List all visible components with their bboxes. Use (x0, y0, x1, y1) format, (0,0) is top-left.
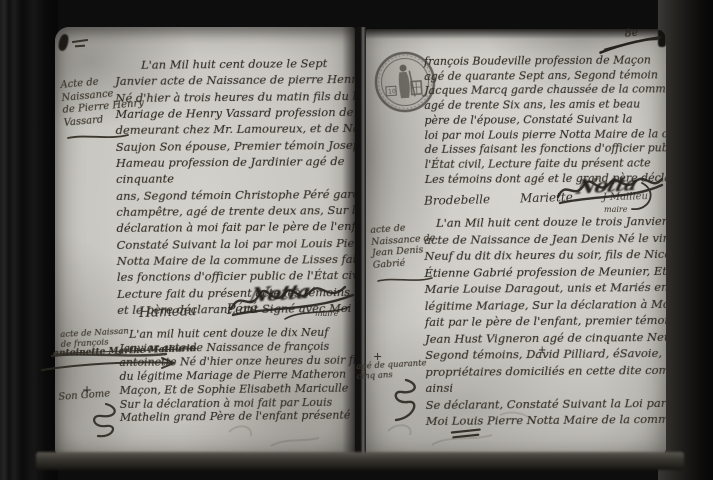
insertion-plus-mark: + (538, 345, 546, 356)
pen-dash-mark (75, 45, 85, 48)
mayor-title-note: maire (315, 309, 338, 318)
mayor-signature-notta: Notta (247, 279, 312, 307)
margin-note-act-vassard: Acte de Naissance de Pierre Henry Vassar… (60, 73, 146, 130)
film-edge-stripes (0, 0, 58, 480)
ink-blot (57, 33, 70, 52)
margin-underline-flourish (66, 132, 130, 142)
signature-brodebelle: Brodebelle (424, 192, 490, 208)
pen-dash-mark (72, 39, 88, 43)
paraph-scrawl (86, 402, 128, 440)
mayor-signature-notta: Notta (574, 171, 639, 199)
act-gabrie-body: L'an Mil huit cent douze le trois Janvie… (424, 212, 666, 429)
right-margin-shade (658, 0, 713, 480)
arrow-flourish (40, 356, 180, 374)
act-continuation-body: françois Boudeville profession de Maçon … (424, 53, 666, 187)
ghost-ink-marks (223, 412, 333, 457)
scanned-register-photo: L'an Mil huit cent douze le Sept Janvier… (0, 0, 713, 480)
page-top-shadow (366, 29, 666, 39)
book-bottom-edge-shadow (36, 452, 684, 470)
stamp-value: 10 (388, 88, 396, 96)
paraph-scrawl (390, 378, 424, 422)
signature-hameau: Hameau (139, 303, 197, 321)
act-francois-body: L'an mil huit cent douze le dix Neuf Jan… (119, 325, 355, 425)
binding-gutter-shadow (342, 27, 374, 456)
